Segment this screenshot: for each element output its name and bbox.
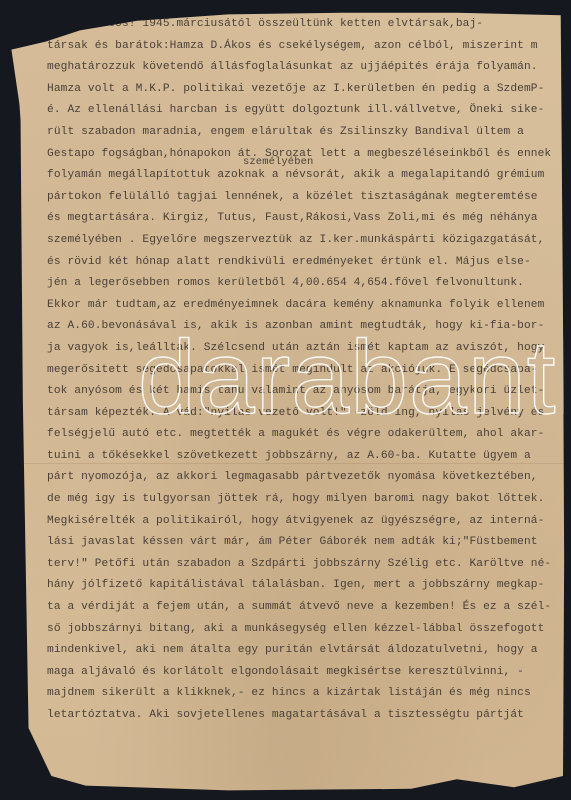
text-line-22: párt nyomozója, az akkori legmagasabb pá… [47,467,552,489]
text-line-31: maga aljávaló és korlátolt elgondolásait… [47,662,552,684]
text-line-9: pártokon felülálló tagjai lennének, a kö… [47,187,552,209]
text-line-2: társak és barátok:Hamza D.Ákos és csekél… [47,36,552,58]
text-line-33: letartóztatva. Aki sovjetellenes magatar… [47,705,552,727]
text-line-30: mindenkivel, aki nem átalta egy puritán … [47,640,552,662]
text-line-3: meghatározzuk követendő állásfoglalásunk… [47,57,552,79]
watermark: darabanth [138,326,571,430]
text-line-8: személyében folyamán megállapítottuk azo… [47,165,552,187]
text-line-26: terv!" Petőfi után szabadon a Szdpárti j… [47,554,552,576]
text-line-13: jén a legerősebben romos kerületből 4,00… [47,273,552,295]
text-line-1: ,öreg-Harcos! 1945.márciusától összeültü… [47,14,552,36]
text-line-11: személyében . Egyelőre megszerveztük az … [47,230,552,252]
text-line-21: tuini a tőkésekkel szövetkezett jobbszár… [47,446,552,468]
text-line-23: de még igy is tulgyorsan jöttek rá, hogy… [47,489,552,511]
text-line-6: rült szabadon maradnia, engem elárultak … [47,122,552,144]
text-line-28: ta a vérdiját a fejem után, a summát átv… [47,597,552,619]
text-line-4: Hamza volt a M.K.P. politikai vezetője a… [47,79,552,101]
text-line-32: majdnem sikerült a klikknek,- ez hincs a… [47,683,552,705]
text-line-25: lási javaslat késsen várt már, ám Péter … [47,532,552,554]
insertion-text: személyében [243,152,313,174]
text-line-24: Megkisérelték a politikairól, hogy átvig… [47,511,552,533]
letter-paper: Tolmácsolás ,öreg-Harcos! 1945.márciusát… [0,0,571,800]
text-line-29: ső jobbszárnyi bitang, aki a munkásegysé… [47,619,552,641]
text-line-14: Ekkor már tudtam,az eredményeimnek dacár… [47,295,552,317]
text-line-10: és megtartására. Kirgiz, Tutus, Faust,Rá… [47,208,552,230]
text-line-12: és rövid két hónap alatt rendkivüli ered… [47,252,552,274]
text-line-27: hány jólfizető kapitálistával tálalásban… [47,575,552,597]
text-line-5: é. Az ellenállási harcban is együtt dolg… [47,100,552,122]
